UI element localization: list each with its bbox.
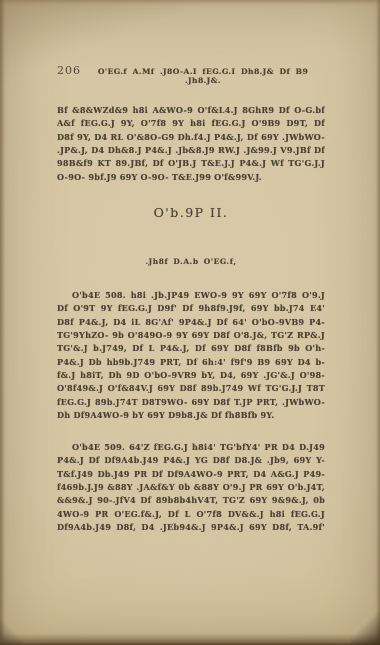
- text-line: fEG.G.J 89b.J74T D8T9WO- 69Y D8f T.JP PR…: [57, 396, 325, 409]
- text-line: D8f P4&.J, D4 iL 8G'Af' 9P4&.J Df 64' O'…: [57, 316, 325, 329]
- text-line: 98B&f9 KT 89.JBf, Df O'JB.J T&E.J.J P4&.…: [57, 157, 325, 170]
- text-line: &&9&.J 90-.JfV4 Df 89b8b4hV4T, TG'Z 69Y …: [57, 494, 325, 507]
- page-corner-bottom-right: [350, 611, 380, 645]
- text-line: D8f 9Y, D4 RL O'&8O-G9 Dh.f4.J P4&.J, Df…: [57, 131, 325, 144]
- page-edge-right: [376, 0, 380, 645]
- text-line: O'b4E 508. h8i .Jb.JP49 EWO-9 9Y 69Y O'7…: [57, 289, 325, 302]
- text-line: O'8f49&.J O'f&84V.J 69Y D8f 89b.J749 Wf …: [57, 382, 325, 395]
- text-line: O-9O- 9bf.J9 69Y O-9O- T&E.J99 O'f&99V.J…: [57, 171, 325, 184]
- text-line: TG'&.J b.J749, Df L P4&.J, Df 69Y D8f f8…: [57, 342, 325, 355]
- text-line: .JP&.J, D4 Dh&8.J P4&.J .Jb&8.J9 RW.J .J…: [57, 144, 325, 157]
- text-line: TG'9YhZO- 9b O'849O-9 9Y 69Y D8f O'8.J&,…: [57, 329, 325, 342]
- chapter-heading: O'b.9P II.: [57, 205, 325, 220]
- text-line: O'b4E 509. 64'Z fEG.G.J h8i4' TG'bfY4' P…: [57, 441, 325, 454]
- text-line: 4WO-9 PR O'EG.f&.J, Df L O'7f8 DV&&.J h8…: [57, 508, 325, 521]
- text-line: T&f.J49 Db.J49 PR Df Df9A4WO-9 PRT, D4 A…: [57, 468, 325, 481]
- page-number: 206: [57, 64, 81, 77]
- page-edge-left: [0, 0, 5, 645]
- text-line: P4&.J Df Df9A4b.J49 P4&.J YG D8f D8.J& .…: [57, 454, 325, 467]
- page-edge-bottom: [0, 633, 380, 645]
- page-corner-bottom-left: [0, 619, 22, 645]
- chapter-subtitle: .Jh8f D.A.b O'EG.f,: [57, 257, 325, 266]
- paragraph-intro: Bf &8&WZd&9 h8i A&WO-9 O'f&L4.J 8GhR9 Df…: [57, 104, 325, 184]
- text-line: Bf &8&WZd&9 h8i A&WO-9 O'f&L4.J 8GhR9 Df…: [57, 104, 325, 117]
- text-line: Dh Df9A4WO-9 bY 69Y D9b8.J& Df fh8Bfb 9Y…: [57, 409, 325, 422]
- page-edge-top: [0, 0, 380, 4]
- book-page-scan: 206 O'EG.f A.Mf .J8O-A.I fEG.G.I Dh8.J& …: [0, 0, 380, 645]
- paragraph-section-508: O'b4E 508. h8i .Jb.JP49 EWO-9 9Y 69Y O'7…: [57, 289, 325, 422]
- text-line: f469b.J.J9 &88Y .JA&f&Y 0b &88Y O'9.J PR…: [57, 481, 325, 494]
- paragraph-section-509: O'b4E 509. 64'Z fEG.G.J h8i4' TG'bfY4' P…: [57, 441, 325, 534]
- text-line: P4&.J Db hb9b.J749 PRT, Df 6h:4' f9f'9 B…: [57, 356, 325, 369]
- page-header: 206 O'EG.f A.Mf .J8O-A.I fEG.G.I Dh8.J& …: [57, 64, 325, 85]
- text-line: Df9A4b.J49 D8f, D4 .JEb94&.J 9P4&.J 69Y …: [57, 521, 325, 534]
- text-line: Df O'9T 9Y fEG.G.J D9f' Df 9h8f9.J9f, 69…: [57, 302, 325, 315]
- running-title: O'EG.f A.Mf .J8O-A.I fEG.G.I Dh8.J& Df B…: [81, 67, 325, 85]
- text-line: f&.J h8iT, Dh 9D O'bO-9VR9 bY, D4, 69Y .…: [57, 369, 325, 382]
- text-line: A&f fEG.G.J 9Y, O'7f8 9Y h8i fEG.G.J O'9…: [57, 117, 325, 130]
